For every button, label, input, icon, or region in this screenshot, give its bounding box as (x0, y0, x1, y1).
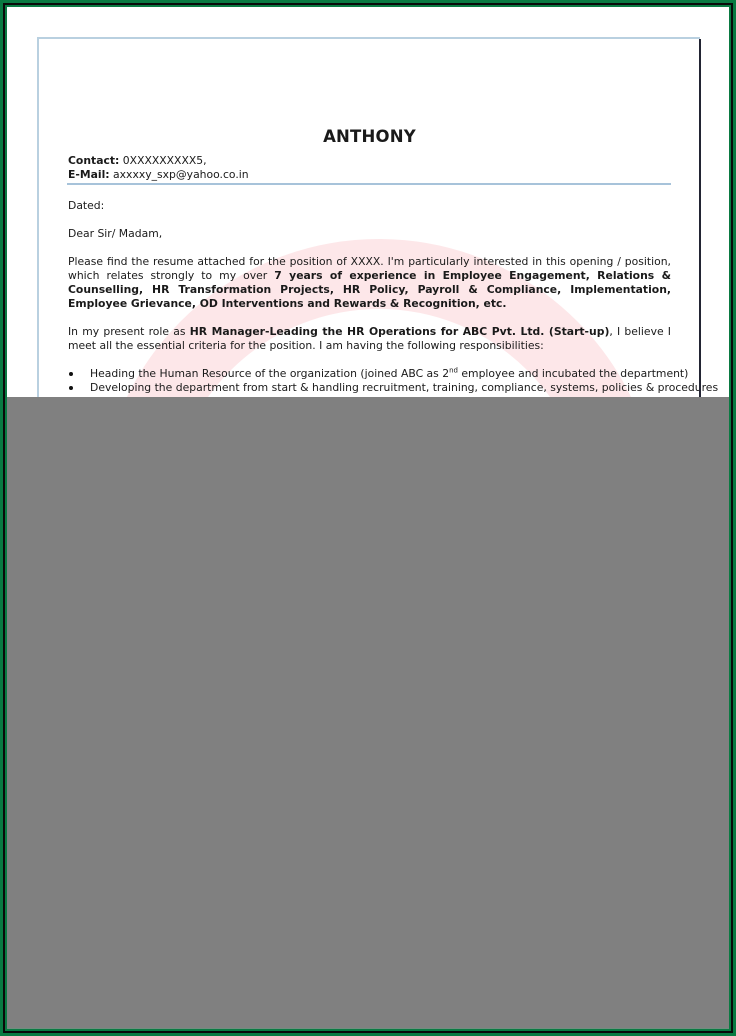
list-item-text: employee and incubated the department) (458, 367, 688, 380)
contact-line: Contact: 0XXXXXXXXX5, (68, 154, 207, 168)
bullet-icon (69, 386, 73, 390)
role-paragraph: In my present role as HR Manager-Leading… (68, 325, 671, 353)
list-item-text: Heading the Human Resource of the organi… (90, 367, 449, 380)
list-item: Developing the department from start & h… (68, 381, 671, 395)
preview-canvas: ANTHONY Contact: 0XXXXXXXXX5, E-Mail: ax… (7, 7, 729, 1029)
email-value: axxxxy_sxp@yahoo.co.in (113, 168, 249, 181)
list-item: Heading the Human Resource of the organi… (68, 367, 671, 381)
applicant-name: ANTHONY (68, 127, 671, 147)
contact-label: Contact: (68, 154, 119, 167)
overlay-edge (7, 1028, 729, 1029)
email-line: E-Mail: axxxxy_sxp@yahoo.co.in (68, 168, 249, 182)
gray-overlay (7, 397, 729, 1029)
role-text-start: In my present role as (68, 325, 190, 338)
bullet-icon (69, 372, 73, 376)
role-highlight: HR Manager-Leading the HR Operations for… (190, 325, 610, 338)
contact-value: 0XXXXXXXXX5, (123, 154, 207, 167)
dated-line: Dated: (68, 199, 104, 213)
header-divider (67, 183, 671, 185)
list-item-text: Developing the department from start & h… (90, 381, 718, 394)
intro-paragraph: Please find the resume attached for the … (68, 255, 671, 311)
superscript: nd (449, 366, 458, 374)
email-label: E-Mail: (68, 168, 110, 181)
salutation: Dear Sir/ Madam, (68, 227, 162, 241)
